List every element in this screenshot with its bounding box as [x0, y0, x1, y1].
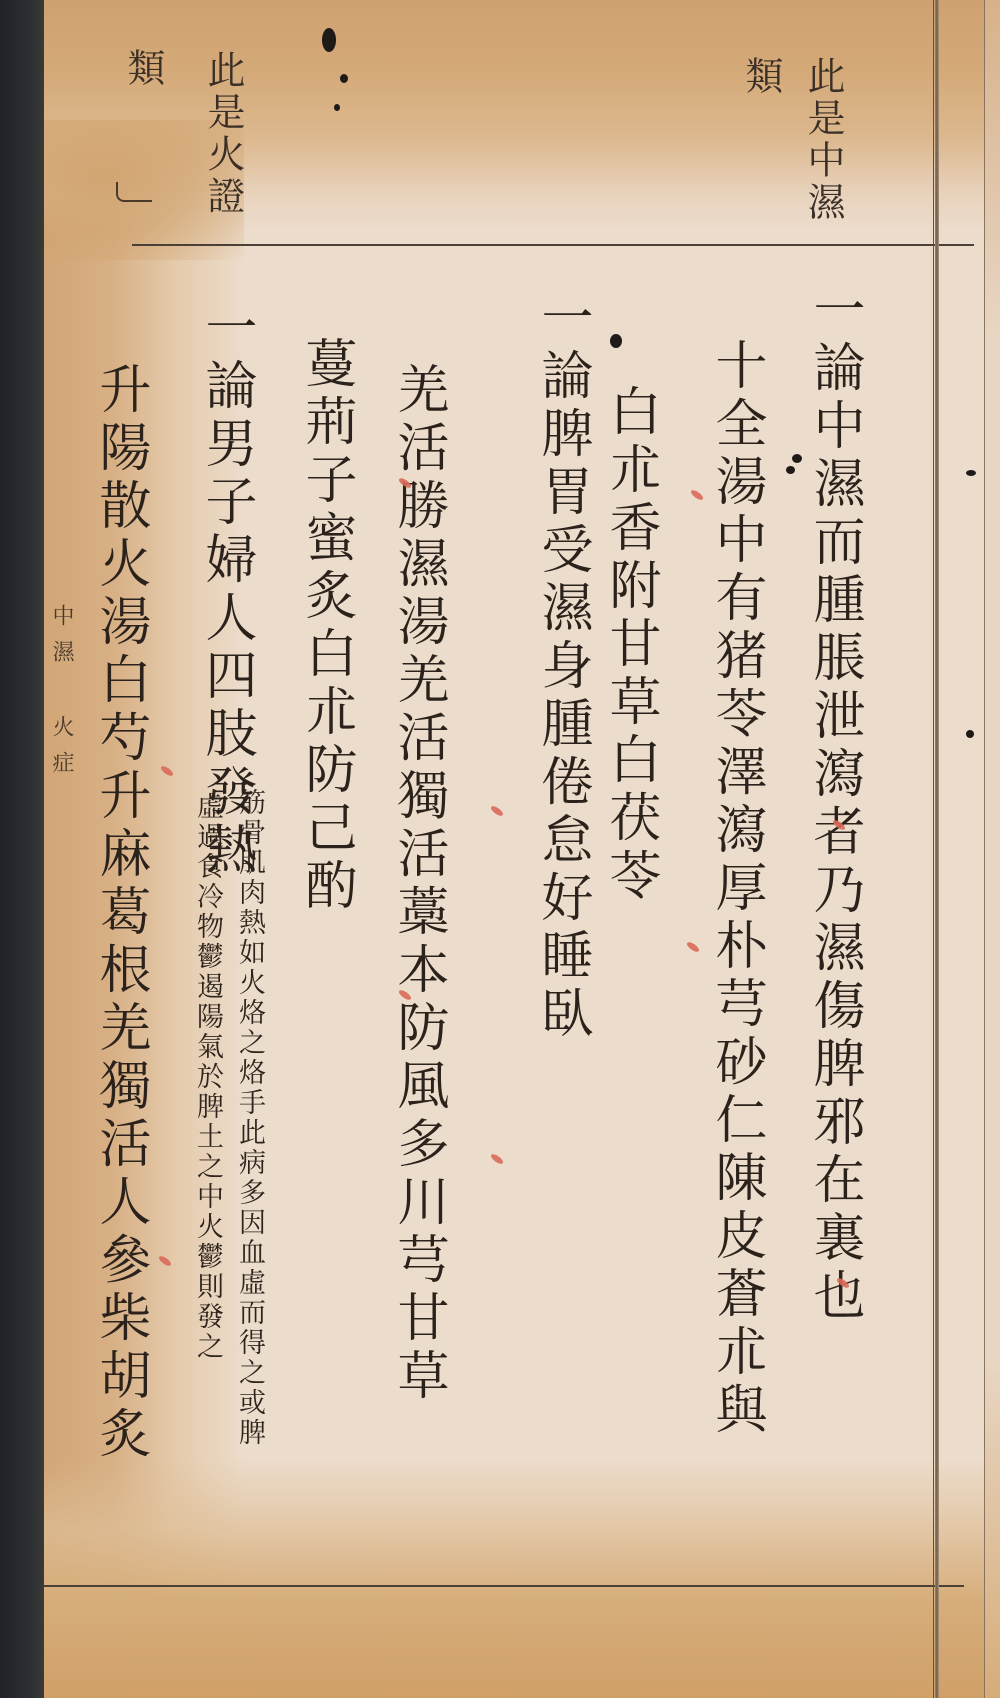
- manuscript-page: 此是中濕 類 此是火證 類 一論中濕而腫脹泄瀉者乃濕傷脾邪在裏也 十全湯中有猪苓…: [44, 0, 984, 1698]
- red-punctuation-mark: [490, 1153, 505, 1166]
- book-binding: [0, 0, 44, 1698]
- text-column-1: 一論中濕而腫脹泄瀉者乃濕傷脾邪在裏也: [808, 282, 860, 1326]
- frame-right-rule: [933, 0, 934, 1698]
- ink-dot: [966, 730, 974, 738]
- text-column-8: 升陽散火湯白芍升麻葛根羌獨活人參柴胡炙: [94, 362, 146, 1464]
- text-column-2: 十全湯中有猪苓澤瀉厚朴芎砂仁陳皮蒼朮與: [710, 338, 762, 1440]
- headnote-right-suffix: 類: [742, 56, 780, 98]
- headnote-left-suffix: 類: [124, 48, 162, 90]
- headnote-left: 此是火證: [204, 50, 242, 218]
- frame-bottom-rule: [44, 1585, 964, 1587]
- ink-dot: [792, 454, 802, 463]
- ink-dot: [340, 74, 348, 83]
- water-stain-bottom: [44, 1458, 984, 1698]
- red-punctuation-mark: [490, 805, 505, 818]
- note-column-right: 筋骨肌肉熱如火烙之烙手此病多因血虛而得之或脾: [236, 788, 263, 1448]
- ink-dot: [610, 334, 622, 348]
- headnote-right: 此是中濕: [804, 56, 842, 224]
- manuscript-viewer: 此是中濕 類 此是火證 類 一論中濕而腫脹泄瀉者乃濕傷脾邪在裏也 十全湯中有猪苓…: [0, 0, 1000, 1698]
- page-fold: [935, 0, 939, 1698]
- ink-dot: [966, 470, 976, 476]
- red-punctuation-mark: [690, 489, 705, 502]
- text-column-3: 白朮香附甘草白茯苓: [604, 384, 656, 906]
- red-punctuation-mark: [686, 941, 701, 954]
- side-margin-label: 中濕 火症: [50, 604, 72, 787]
- ink-dot: [334, 104, 340, 111]
- text-column-4: 一論脾胃受濕身腫倦怠好睡臥: [536, 290, 588, 1044]
- adjacent-page-edge: [984, 0, 1000, 1698]
- ink-dot: [322, 28, 336, 52]
- corner-mark: [116, 182, 152, 202]
- text-column-6: 蔓荊子蜜炙白朮防己酌: [300, 336, 352, 916]
- note-column-left: 虛過食冷物鬱遏陽氣於脾土之中火鬱則發之: [194, 792, 221, 1362]
- ink-dot: [786, 466, 795, 474]
- frame-top-rule: [132, 244, 974, 246]
- text-column-5: 羌活勝濕湯羌活獨活藁本防風多川芎甘草: [392, 362, 444, 1406]
